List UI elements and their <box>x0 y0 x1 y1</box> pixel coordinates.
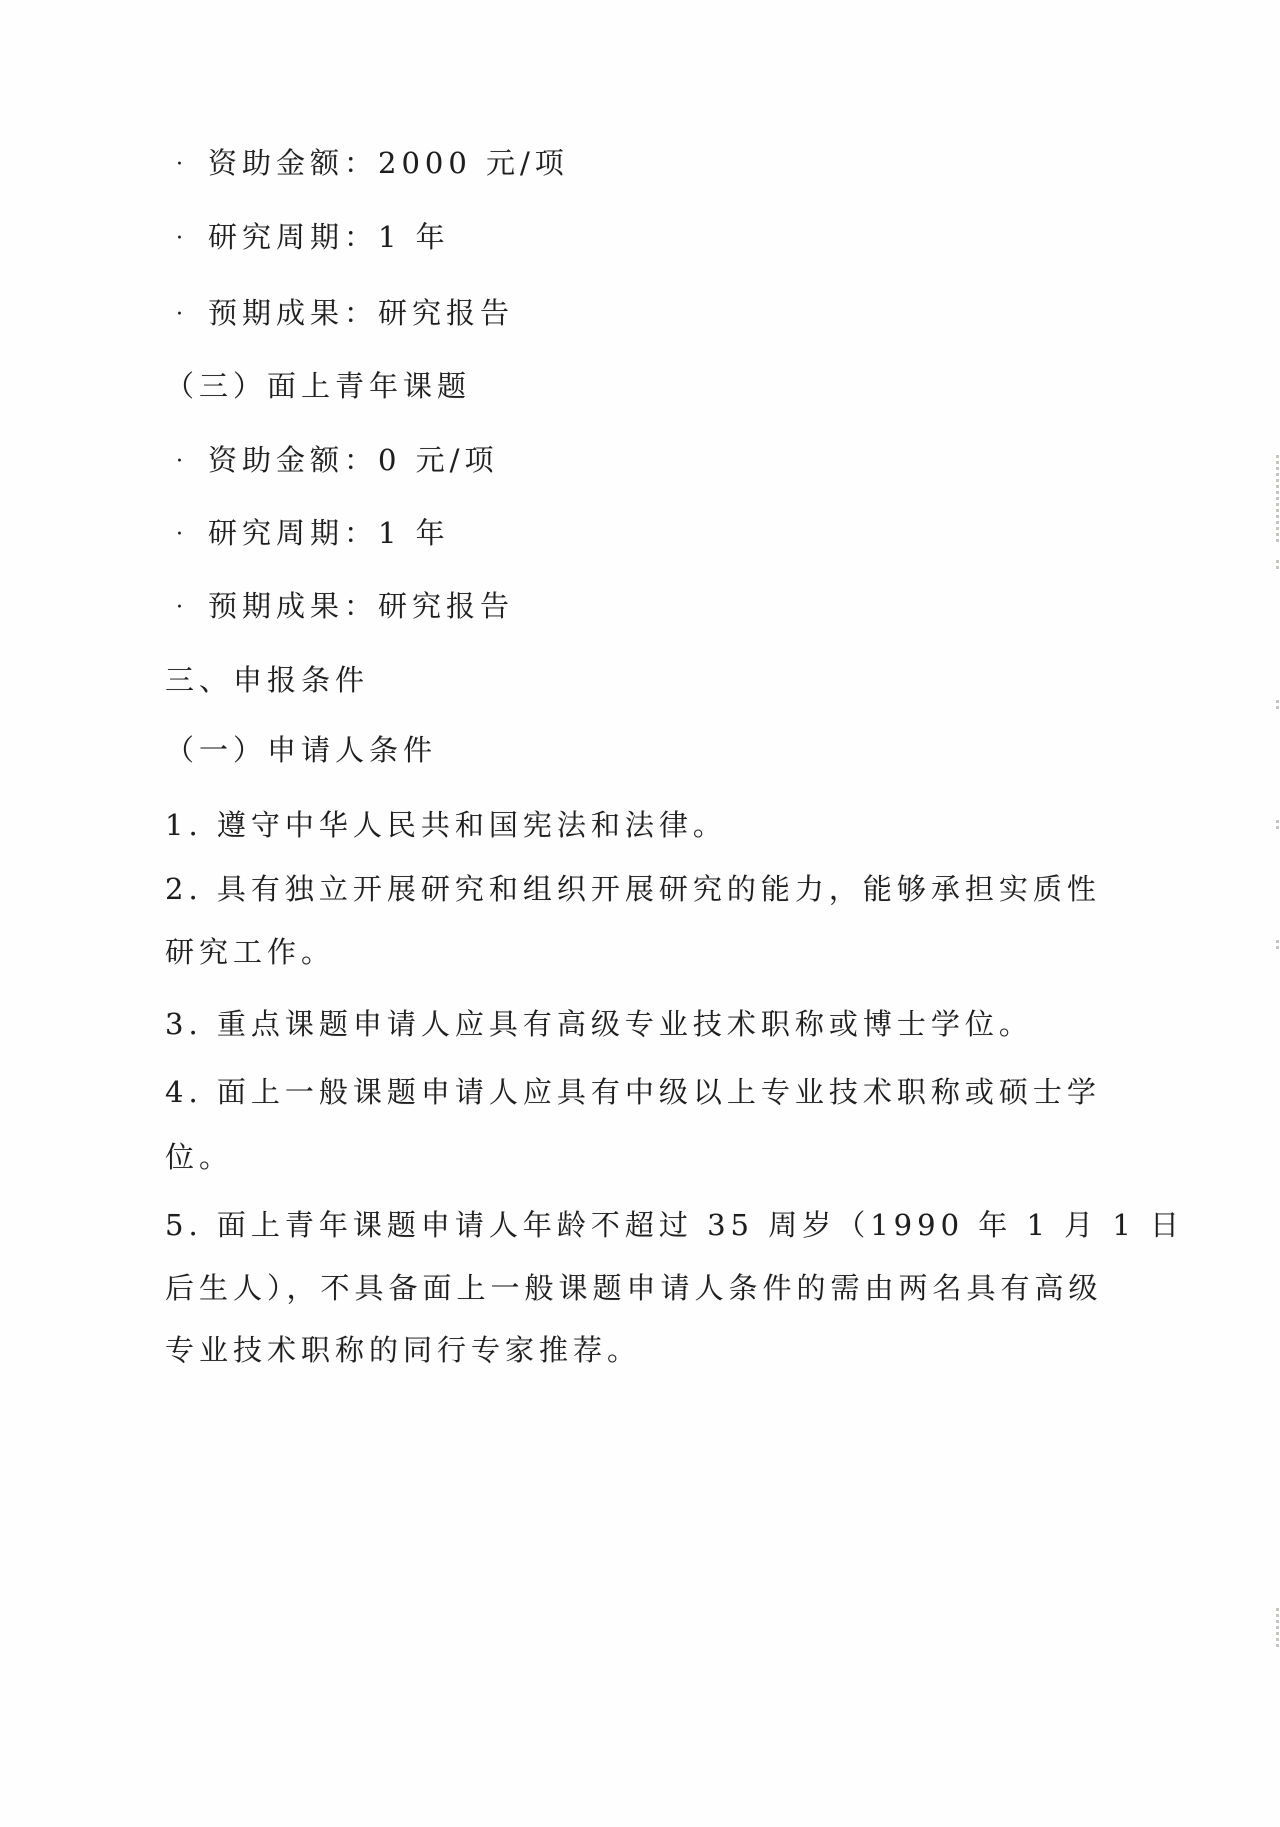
condition-item-3: 3. 重点课题申请人应具有高级专业技术职称或博士学位。 <box>165 1006 1033 1042</box>
bullet-text: 研究周期：1 年 <box>208 516 450 550</box>
subsection-heading-applicant-conditions: （一）申请人条件 <box>165 732 437 768</box>
section-heading-application-conditions: 三、申报条件 <box>165 662 369 698</box>
bullet-icon: · <box>176 221 208 257</box>
subsection-heading-youth-project: （三）面上青年课题 <box>165 368 471 404</box>
bullet-text: 资助金额：2000 元/项 <box>208 146 569 180</box>
bullet-item-research-period: ·研究周期：1 年 <box>176 515 450 553</box>
bullet-text: 资助金额：0 元/项 <box>208 443 498 477</box>
bullet-item-funding-amount: ·资助金额：0 元/项 <box>176 442 498 480</box>
bullet-item-funding-amount: ·资助金额：2000 元/项 <box>176 145 569 183</box>
condition-item-4-line-1: 4. 面上一般课题申请人应具有中级以上专业技术职称或硕士学 <box>165 1074 1101 1110</box>
bullet-icon: · <box>176 444 208 480</box>
bullet-icon: · <box>176 147 208 183</box>
scan-edge-mark <box>1276 455 1279 545</box>
bullet-text: 研究周期：1 年 <box>208 220 450 254</box>
bullet-item-expected-outcome: ·预期成果：研究报告 <box>176 295 514 333</box>
condition-item-5-line-3: 专业技术职称的同行专家推荐。 <box>165 1332 641 1368</box>
condition-item-5-line-1: 5. 面上青年课题申请人年龄不超过 35 周岁（1990 年 1 月 1 日 <box>165 1207 1184 1243</box>
bullet-item-expected-outcome: ·预期成果：研究报告 <box>176 588 514 626</box>
condition-item-2-line-2: 研究工作。 <box>165 934 335 970</box>
condition-item-4-line-2: 位。 <box>165 1139 233 1175</box>
condition-item-1: 1. 遵守中华人民共和国宪法和法律。 <box>165 807 727 843</box>
bullet-text: 预期成果：研究报告 <box>208 589 514 623</box>
bullet-item-research-period: ·研究周期：1 年 <box>176 219 450 257</box>
document-page: ·资助金额：2000 元/项 ·研究周期：1 年 ·预期成果：研究报告 （三）面… <box>0 0 1280 1827</box>
bullet-icon: · <box>176 590 208 626</box>
scan-edge-mark <box>1276 820 1279 832</box>
scan-edge-mark <box>1276 560 1279 572</box>
scan-edge-mark <box>1276 1608 1279 1648</box>
bullet-text: 预期成果：研究报告 <box>208 296 514 330</box>
bullet-icon: · <box>176 517 208 553</box>
bullet-icon: · <box>176 297 208 333</box>
scan-edge-mark <box>1276 700 1279 712</box>
condition-item-5-line-2: 后生人），不具备面上一般课题申请人条件的需由两名具有高级 <box>165 1270 1103 1306</box>
scan-edge-mark <box>1276 940 1279 952</box>
condition-item-2-line-1: 2. 具有独立开展研究和组织开展研究的能力，能够承担实质性 <box>165 871 1101 907</box>
